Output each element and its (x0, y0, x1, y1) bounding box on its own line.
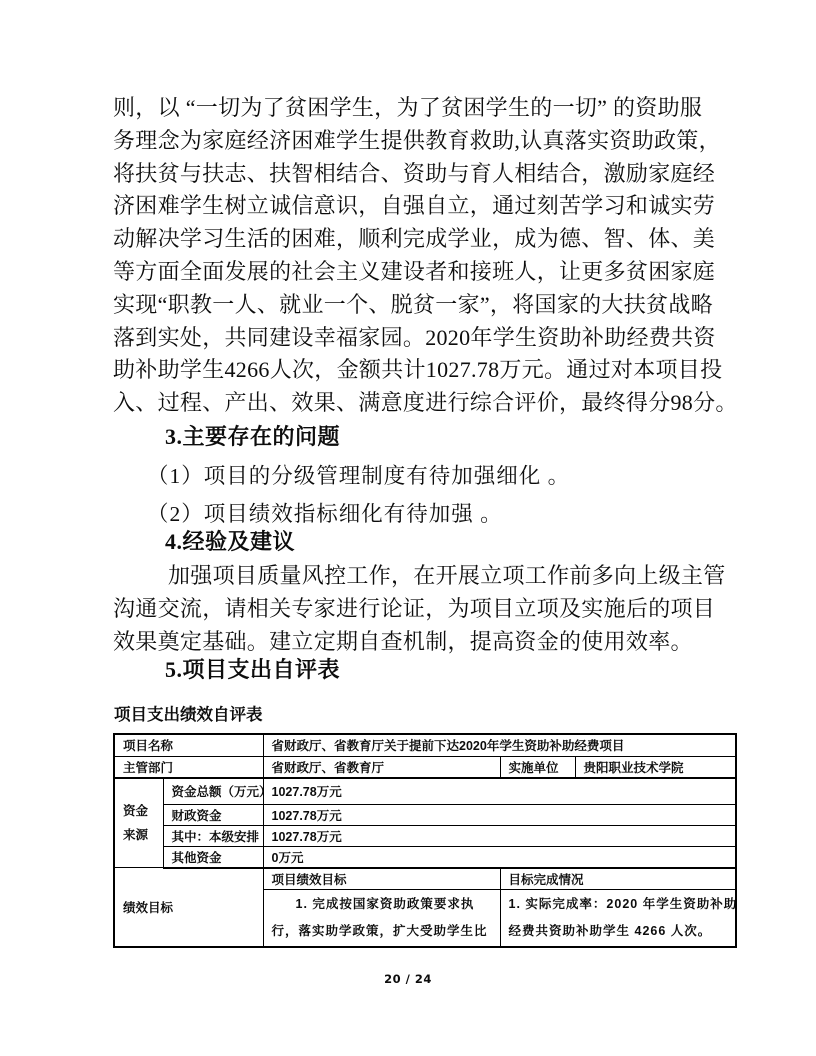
body-line: 沟通交流，请相关专家进行论证，为项目立项及实施后的项目 (113, 593, 719, 626)
body-line: 实现“职教一人、就业一个、脱贫一家”，将国家的大扶贫战略 (113, 289, 719, 322)
table-title: 项目支出绩效自评表 (114, 701, 263, 725)
issue-item-1: （1）项目的分级管理制度有待加强细化 。 (147, 461, 570, 491)
funding-value: 1027.78万元 (263, 825, 736, 846)
funding-label: 资金总额（万元） (163, 778, 263, 804)
project-name-label: 项目名称 (114, 734, 263, 756)
impl-unit-label: 实施单位 (500, 756, 575, 778)
project-name-value: 省财政厅、省教育厅关于提前下达2020年学生资助补助经费项目 (263, 734, 736, 756)
dept-label: 主管部门 (114, 756, 263, 778)
body-line: 落到实处，共同建设幸福家园。2020年学生资助补助经费共资 (113, 322, 719, 355)
perf-goal-text: 1. 完成按国家资助政策要求执 行，落实助学政策，扩大受助学生比 (263, 890, 500, 948)
page-number: 20 / 24 (0, 972, 816, 986)
body-line: 效果奠定基础。建立定期自查机制，提高资金的使用效率。 (113, 626, 719, 659)
funding-label: 其他资金 (163, 846, 263, 868)
section-heading-4: 4.经验及建议 (165, 527, 295, 557)
paragraph-1: 则，以 “一切为了贫困学生，为了贫困学生的一切” 的资助服 务理念为家庭经济困难… (113, 92, 719, 420)
funding-value: 1027.78万元 (263, 778, 736, 804)
perf-goal-header: 项目绩效目标 (263, 868, 500, 890)
dept-value: 省财政厅、省教育厅 (263, 756, 500, 778)
body-line: 助补助学生4266人次，金额共计1027.78万元。通过对本项目投 (113, 354, 719, 387)
body-line: 则，以 “一切为了贫困学生，为了贫困学生的一切” 的资助服 (113, 92, 719, 125)
body-line: 将扶贫与扶志、扶智相结合、资助与育人相结合，激励家庭经 (113, 158, 719, 191)
perf-status-header: 目标完成情况 (500, 868, 736, 890)
impl-unit-value: 贵阳职业技术学院 (575, 756, 736, 778)
table-row: 绩效目标 项目绩效目标 目标完成情况 (114, 868, 736, 890)
paragraph-2: 加强项目质量风控工作，在开展立项工作前多向上级主管 沟通交流，请相关专家进行论证… (113, 560, 719, 658)
section-heading-5: 5.项目支出自评表 (165, 655, 340, 685)
table-row: 资金 来源 资金总额（万元） 1027.78万元 (114, 778, 736, 804)
funding-source-line: 来源 (123, 823, 155, 847)
table-row: 主管部门 省财政厅、省教育厅 实施单位 贵阳职业技术学院 (114, 756, 736, 778)
funding-value: 0万元 (263, 846, 736, 868)
body-line: 等方面全面发展的社会主义建设者和接班人，让更多贫困家庭 (113, 256, 719, 289)
funding-label: 财政资金 (163, 804, 263, 825)
table-row: 财政资金 1027.78万元 (114, 804, 736, 825)
body-line: 济困难学生树立诚信意识，自强自立，通过刻苦学习和诚实劳 (113, 190, 719, 223)
table-row: 其他资金 0万元 (114, 846, 736, 868)
perf-status-line: 经费共资助补助学生 4266 人次。 (509, 918, 728, 945)
funding-source-line: 资金 (123, 799, 155, 823)
perf-goal-line: 行，落实助学政策，扩大受助学生比 (272, 918, 492, 945)
body-line: 加强项目质量风控工作，在开展立项工作前多向上级主管 (113, 560, 719, 593)
perf-status-text: 1. 实际完成率：2020 年学生资助补助 经费共资助补助学生 4266 人次。 (500, 890, 736, 948)
issue-item-2: （2）项目绩效指标细化有待加强 。 (147, 499, 503, 529)
section-heading-3: 3.主要存在的问题 (165, 422, 340, 452)
funding-value: 1027.78万元 (263, 804, 736, 825)
body-line: 动解决学习生活的困难，顺利完成学业，成为德、智、体、美 (113, 223, 719, 256)
table-row: 项目名称 省财政厅、省教育厅关于提前下达2020年学生资助补助经费项目 (114, 734, 736, 756)
perf-goal-label: 绩效目标 (114, 868, 263, 948)
self-evaluation-table: 项目名称 省财政厅、省教育厅关于提前下达2020年学生资助补助经费项目 主管部门… (113, 733, 737, 948)
funding-label: 其中：本级安排 (163, 825, 263, 846)
body-line: 务理念为家庭经济困难学生提供教育救助,认真落实资助政策， (113, 125, 719, 158)
perf-status-line: 1. 实际完成率：2020 年学生资助补助 (509, 891, 728, 918)
perf-goal-line: 1. 完成按国家资助政策要求执 (272, 891, 492, 918)
funding-source-cell: 资金 来源 (114, 778, 163, 868)
table-row: 其中：本级安排 1027.78万元 (114, 825, 736, 846)
body-line: 入、过程、产出、效果、满意度进行综合评价，最终得分98分。 (113, 387, 719, 420)
document-page: 则，以 “一切为了贫困学生，为了贫困学生的一切” 的资助服 务理念为家庭经济困难… (0, 0, 816, 1056)
